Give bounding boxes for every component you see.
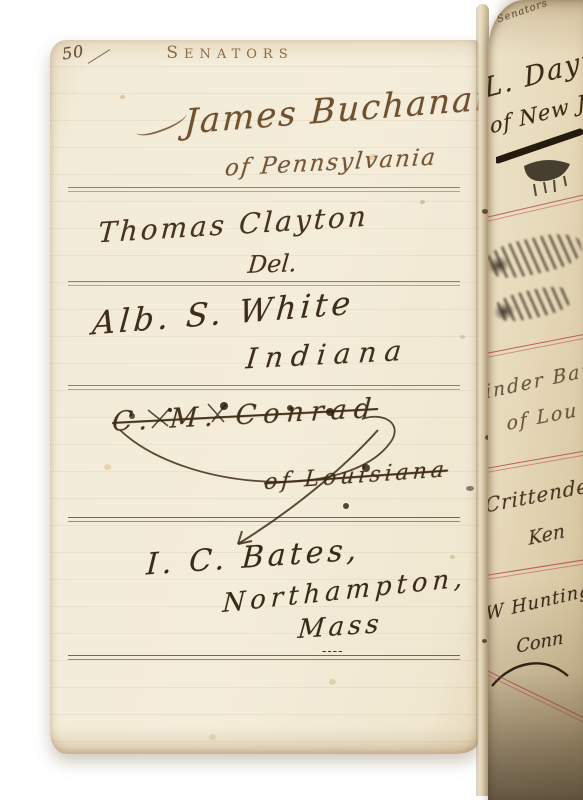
- cross-out-flourish: [90, 392, 479, 557]
- page-title: SENATORS: [150, 43, 310, 63]
- signature-place: Ken: [528, 520, 566, 550]
- signature-name: James Buchanan: [136, 78, 479, 147]
- signature-name: Alb. S. White: [91, 284, 356, 343]
- smudged-signature: [492, 282, 574, 326]
- smudged-signature: [488, 228, 583, 283]
- pen-dash-mark: ----: [322, 644, 344, 659]
- page-curl-shadow: [488, 670, 583, 800]
- signature-place: Mass: [297, 609, 384, 645]
- signature-name: inder Bar: [488, 359, 583, 404]
- ink-speck: [466, 486, 474, 491]
- red-rule-divider: [68, 187, 460, 192]
- signature-name: W Huntington: [488, 572, 583, 625]
- signature-place: of Pennsylvania: [224, 144, 439, 181]
- signature-text: James Buchanan: [184, 78, 479, 143]
- red-rule-divider: [488, 447, 583, 474]
- binding-speck: [482, 639, 487, 643]
- signature-place: of Lou: [506, 399, 579, 435]
- right-page: Senators L. Dayton of New Jers inder Bar…: [488, 0, 583, 800]
- red-rule-divider: [68, 281, 460, 286]
- photo-of-autograph-album: 50 SENATORS James Buchanan of Pennsylvan…: [0, 0, 583, 800]
- left-page: 50 SENATORS James Buchanan of Pennsylvan…: [50, 40, 479, 754]
- signature-name: Thomas Clayton: [97, 200, 370, 250]
- foxing-spots: [120, 95, 125, 99]
- signature-place: Conn: [516, 627, 564, 657]
- red-rule-divider: [488, 330, 583, 359]
- ink-blots: [168, 408, 172, 412]
- signature-name: Crittenden: [488, 470, 583, 517]
- signature-place: Del.: [247, 249, 298, 279]
- red-rule-divider: [488, 556, 583, 580]
- ink-sketch: [496, 118, 583, 210]
- red-rule-divider: [68, 655, 460, 660]
- page-number: 50: [61, 41, 86, 63]
- signature-place: Indiana: [244, 334, 411, 376]
- pen-swash: [134, 106, 188, 140]
- red-rule-divider: [68, 385, 460, 390]
- pen-slash-mark: [88, 49, 111, 64]
